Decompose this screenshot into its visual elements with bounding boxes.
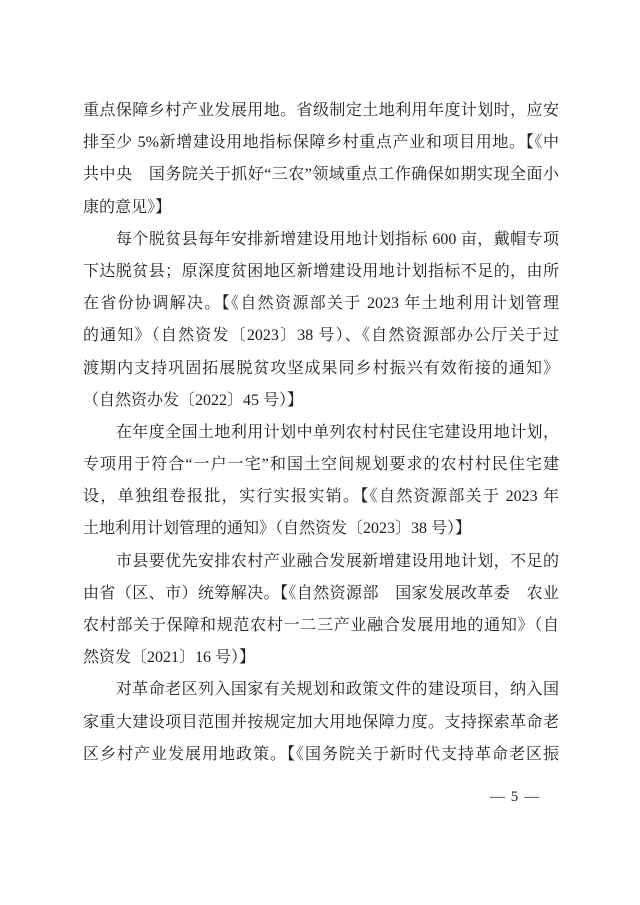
page-number: — 5 —	[470, 786, 560, 808]
text-line: 排至少 5%新增建设用地指标保障乡村重点产业和项目用地。【《中	[83, 127, 559, 159]
text-line: 康的意见》】	[83, 192, 559, 224]
text-line: 设，单独组卷报批，实行实报实销。【《自然资源部关于 2023 年	[83, 481, 559, 513]
text-line: 土地利用计划管理的通知》（自然资发〔2023〕38 号）】	[83, 513, 559, 545]
document-text-block: 重点保障乡村产业发展用地。省级制定土地利用年度计划时，应安 排至少 5%新增建设…	[83, 95, 559, 771]
text-line: 农村部关于保障和规范农村一二三产业融合发展用地的通知》（自	[83, 610, 559, 642]
text-line: 每个脱贫县每年安排新增建设用地计划指标 600 亩，戴帽专项	[83, 224, 559, 256]
text-line: 在年度全国土地利用计划中单列农村村民住宅建设用地计划，	[83, 417, 559, 449]
text-line: 专项用于符合“一户一宅”和国土空间规划要求的农村村民住宅建	[83, 449, 559, 481]
text-line: 下达脱贫县；原深度贫困地区新增建设用地计划指标不足的，由所	[83, 256, 559, 288]
document-page: 重点保障乡村产业发展用地。省级制定土地利用年度计划时，应安 排至少 5%新增建设…	[0, 0, 640, 905]
text-line: 在省份协调解决。【《自然资源部关于 2023 年土地利用计划管理	[83, 288, 559, 320]
text-line: 家重大建设项目范围并按规定加大用地保障力度。支持探索革命老	[83, 707, 559, 739]
text-line: 共中央 国务院关于抓好“三农”领域重点工作确保如期实现全面小	[83, 159, 559, 191]
text-line: （自然资办发〔2022〕45 号）】	[83, 385, 559, 417]
text-line: 的通知》（自然资发〔2023〕38 号）、《自然资源部办公厅关于过	[83, 320, 559, 352]
text-line: 市县要优先安排农村产业融合发展新增建设用地计划，不足的	[83, 546, 559, 578]
text-line: 由省（区、市）统筹解决。【《自然资源部 国家发展改革委 农业	[83, 578, 559, 610]
text-line: 然资发〔2021〕16 号）】	[83, 642, 559, 674]
text-line: 重点保障乡村产业发展用地。省级制定土地利用年度计划时，应安	[83, 95, 559, 127]
text-line: 渡期内支持巩固拓展脱贫攻坚成果同乡村振兴有效衔接的通知》	[83, 353, 559, 385]
text-line: 区乡村产业发展用地政策。【《国务院关于新时代支持革命老区振	[83, 739, 559, 771]
text-line: 对革命老区列入国家有关规划和政策文件的建设项目，纳入国	[83, 674, 559, 706]
